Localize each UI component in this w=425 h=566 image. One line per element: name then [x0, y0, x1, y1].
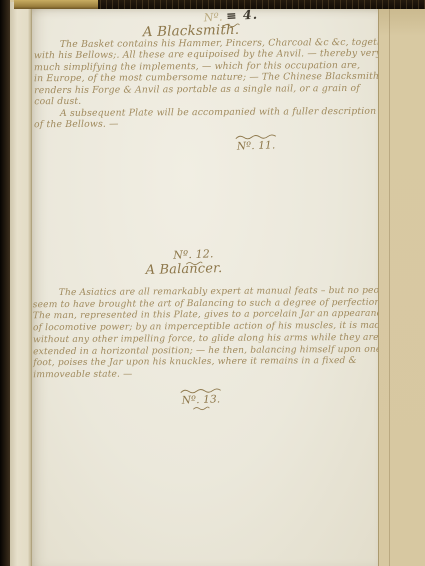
book-binding-edge [0, 0, 10, 566]
manuscript-line: immoveable state. — [33, 368, 378, 382]
manuscript-scan: Nº. ≡ 4. A Blacksmith. The Basket contai… [0, 0, 425, 566]
balancer-paragraph: The Asiatics are all remarkably expert a… [33, 286, 378, 382]
plate-number-label: Nº. 12. [173, 247, 214, 261]
plate-number-13: Nº. 13. [136, 386, 267, 414]
gilt-top-edge [14, 0, 110, 9]
page-left-fold-edge [10, 2, 32, 566]
adjacent-page-edge [378, 6, 425, 566]
manuscript-line: of the Bellows. — [34, 117, 378, 131]
page-edge-line [389, 6, 390, 566]
blacksmith-paragraph: The Basket contains his Hammer, Pincers,… [34, 37, 378, 108]
plate-number-11: Nº. 11. [196, 132, 317, 154]
section-heading-balancer: A Balancer. [89, 260, 279, 280]
plate-number-label: Nº. 11. [237, 139, 276, 152]
manuscript-line: foot, poises the Jar upon his knuckles, … [33, 356, 378, 370]
blacksmith-note-paragraph: A subsequent Plate will be accompanied w… [34, 106, 378, 131]
plate-number-label: Nº. 13. [182, 393, 221, 406]
manuscript-page: Nº. ≡ 4. A Blacksmith. The Basket contai… [31, 7, 378, 566]
flourish-squiggle-icon [192, 406, 210, 412]
book-top-edge-band [98, 0, 425, 9]
manuscript-line: renders his Forge & Anvil as portable as… [34, 82, 378, 96]
